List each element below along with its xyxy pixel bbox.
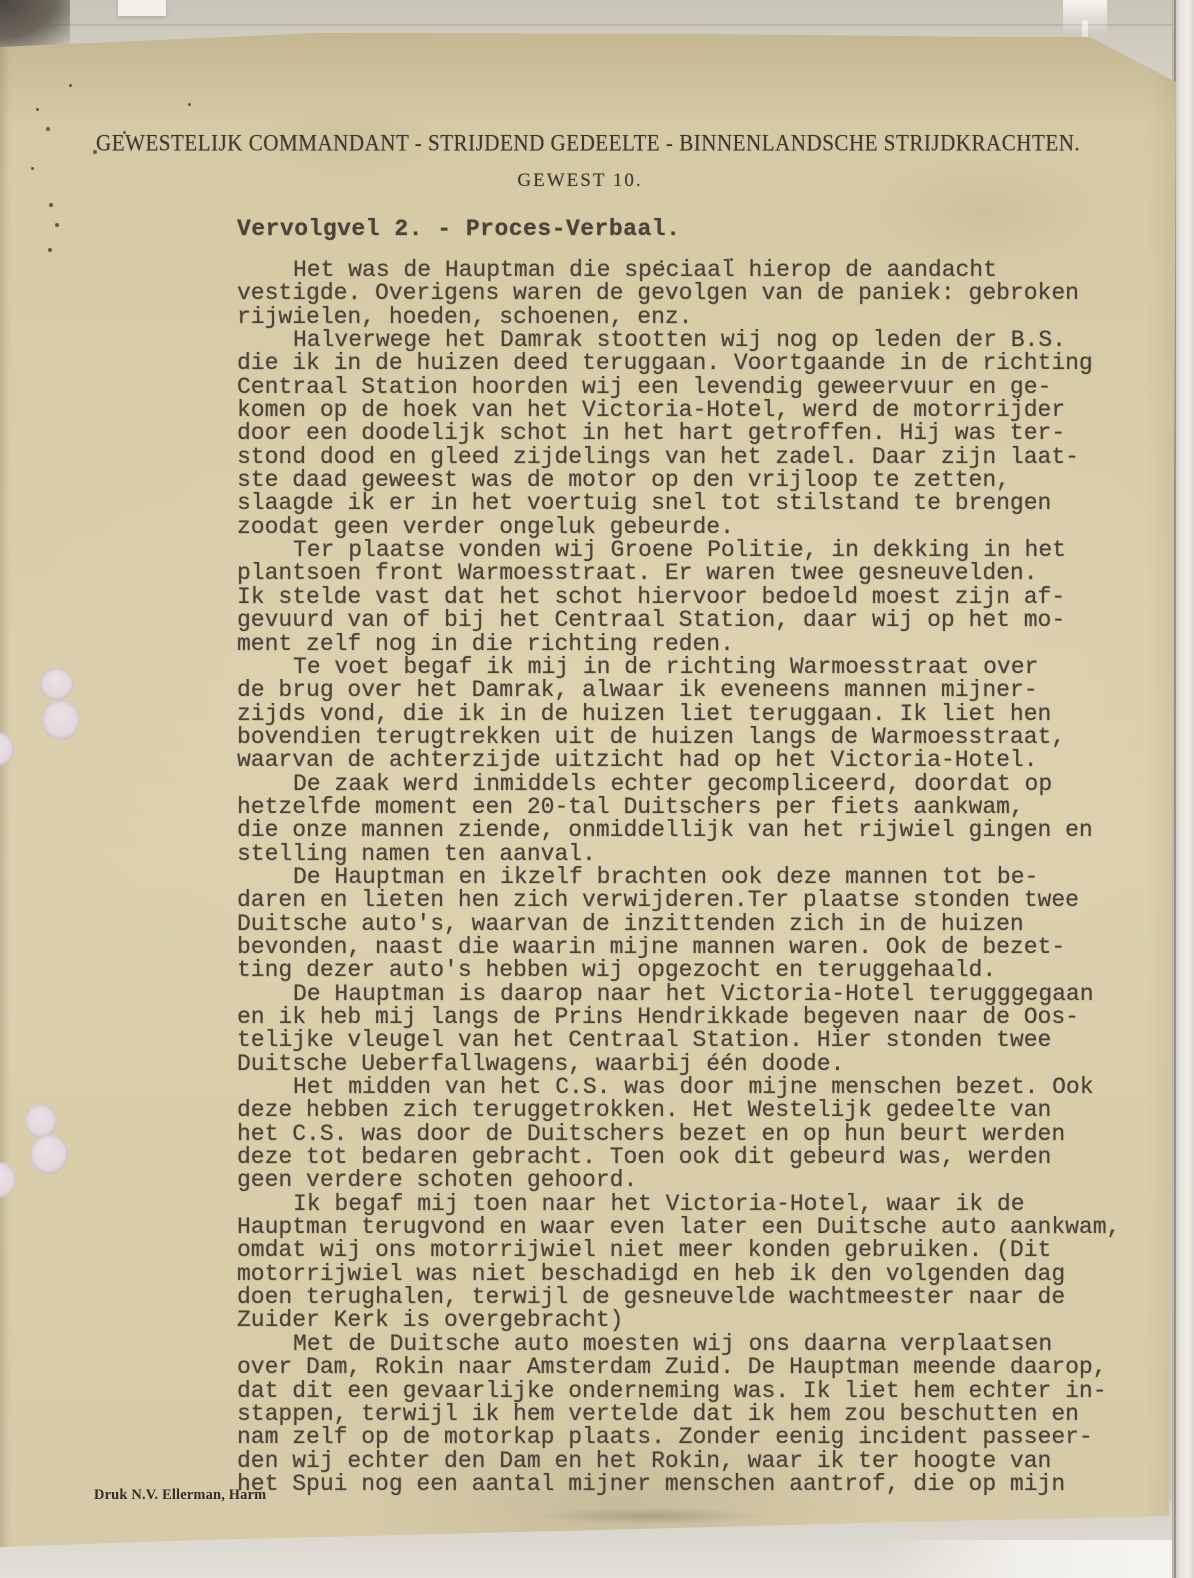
typed-line: doen terughalen, terwijl de gesneuvelde … xyxy=(237,1286,1162,1309)
typed-line: plantsoen front Warmoesstraat. Er waren … xyxy=(237,562,1162,585)
typed-line: over Dam, Rokin naar Amsterdam Zuid. De … xyxy=(237,1356,1162,1379)
letterhead-line2: GEWEST 10. xyxy=(0,170,1160,192)
typed-line: die onze mannen ziende, onmiddellijk van… xyxy=(237,819,1162,842)
typed-line: den wij echter den Dam en het Rokin, waa… xyxy=(237,1450,1162,1473)
paper-speck xyxy=(55,223,59,227)
typed-line: vestigde. Overigens waren de gevolgen va… xyxy=(237,282,1162,305)
typed-line: hetzelfde moment een 20-tal Duitschers p… xyxy=(237,796,1162,819)
paper-speck xyxy=(730,258,733,261)
paper-speck xyxy=(660,260,663,263)
typed-line: De Hauptman en ikzelf brachten ook deze … xyxy=(237,866,1162,889)
typed-line: Halverwege het Damrak stootten wij nog o… xyxy=(237,329,1162,352)
typed-line: De zaak werd inmiddels echter gecomplice… xyxy=(237,773,1162,796)
typed-line: Hauptman terugvond en waar even later ee… xyxy=(237,1216,1162,1239)
typed-line: Centraal Station hoorden wij een levendi… xyxy=(237,376,1162,399)
paper-speck xyxy=(188,103,191,106)
punch-hole xyxy=(25,1104,57,1138)
document-page: GEWESTELIJK COMMANDANT - STRIJDEND GEDEE… xyxy=(0,0,1194,1578)
tape-strip-left xyxy=(118,0,166,16)
paper-speck xyxy=(36,108,39,111)
typed-line: rijwielen, hoeden, schoenen, enz. xyxy=(237,306,1162,329)
typed-line: ment zelf nog in die richting reden. xyxy=(237,633,1162,656)
document-title: Vervolgvel 2. - Proces-Verbaal. xyxy=(237,216,680,242)
typed-line: bevonden, naast die waarin mijne mannen … xyxy=(237,936,1162,959)
typed-line: telijke vleugel van het Centraal Station… xyxy=(237,1029,1162,1052)
punch-hole xyxy=(30,1134,68,1174)
typed-line: Met de Duitsche auto moesten wij ons daa… xyxy=(237,1333,1162,1356)
typed-line: door een doodelijk schot in het hart get… xyxy=(237,422,1162,445)
typed-line: Duitsche Ueberfallwagens, waarbij één do… xyxy=(237,1053,1162,1076)
typed-line: deze hebben zich teruggetrokken. Het Wes… xyxy=(237,1099,1162,1122)
typed-line: de brug over het Damrak, alwaar ik evene… xyxy=(237,679,1162,702)
typed-line: Ter plaatse vonden wij Groene Politie, i… xyxy=(237,539,1162,562)
typed-line: en ik heb mij langs de Prins Hendrikkade… xyxy=(237,1006,1162,1029)
typed-line: De Hauptman is daarop naar het Victoria-… xyxy=(237,983,1162,1006)
scan-corner-shadow xyxy=(0,0,70,48)
typed-line: geen verdere schoten gehoord. xyxy=(237,1169,1162,1192)
paper-speck xyxy=(123,131,126,134)
paper-speck xyxy=(31,167,34,170)
paper-speck xyxy=(48,248,52,252)
typed-line: dat dit een gevaarlijke onderneming was.… xyxy=(237,1380,1162,1403)
punch-hole-partial xyxy=(0,732,14,766)
typed-line: Ik stelde vast dat het schot hiervoor be… xyxy=(237,586,1162,609)
paper-edge-shadow xyxy=(0,40,10,1550)
typed-line: Het midden van het C.S. was door mijne m… xyxy=(237,1076,1162,1099)
punch-hole xyxy=(40,668,74,700)
typed-line: het C.S. was door de Duitschers bezet en… xyxy=(237,1123,1162,1146)
typed-line: Ik begaf mij toen naar het Victoria-Hote… xyxy=(237,1193,1162,1216)
typed-line: Het was de Hauptman die speciaal hierop … xyxy=(237,259,1162,282)
typed-line: zoodat geen verder ongeluk gebeurde. xyxy=(237,516,1162,539)
archival-scan: GEWESTELIJK COMMANDANT - STRIJDEND GEDEE… xyxy=(0,0,1194,1578)
typed-line: zijds vond, die ik in de huizen liet ter… xyxy=(237,703,1162,726)
printer-imprint: Druk N.V. Ellerman, Harm xyxy=(94,1487,266,1504)
typed-line: het Spui nog een aantal mijner menschen … xyxy=(237,1473,1162,1496)
typed-line: Zuider Kerk is overgebracht) xyxy=(237,1309,1162,1332)
scan-backing-shine xyxy=(880,1540,1194,1578)
letterhead-line1: GEWESTELIJK COMMANDANT - STRIJDEND GEDEE… xyxy=(96,130,1049,157)
typed-line: slaagde ik er in het voertuig snel tot s… xyxy=(237,492,1162,515)
paper-speck xyxy=(93,150,97,154)
typed-line: komen op de hoek van het Victoria-Hotel,… xyxy=(237,399,1162,422)
paper-speck xyxy=(69,84,72,87)
typed-line: ste daad geweest was de motor op den vri… xyxy=(237,469,1162,492)
paper-speck xyxy=(49,203,53,207)
typed-line: die ik in de huizen deed teruggaan. Voor… xyxy=(237,352,1162,375)
typed-line: Te voet begaf ik mij in de richting Warm… xyxy=(237,656,1162,679)
typed-line: bovendien terugtrekken uit de huizen lan… xyxy=(237,726,1162,749)
typed-line: omdat wij ons motorrijwiel niet meer kon… xyxy=(237,1239,1162,1262)
typed-line: stelling namen ten aanval. xyxy=(237,843,1162,866)
typed-line: daren en lieten hen zich verwijderen.Ter… xyxy=(237,889,1162,912)
typed-line: motorrijwiel was niet beschadigd en heb … xyxy=(237,1263,1162,1286)
typed-line: deze tot bedaren gebracht. Toen ook dit … xyxy=(237,1146,1162,1169)
typed-line: gevuurd van of bij het Centraal Station,… xyxy=(237,609,1162,632)
typed-line: Duitsche auto's, waarvan de inzittenden … xyxy=(237,913,1162,936)
punch-hole-partial xyxy=(0,1162,16,1198)
typed-line: waarvan de achterzijde uitzicht had op h… xyxy=(237,749,1162,772)
typed-line: stappen, terwijl ik hem vertelde dat ik … xyxy=(237,1403,1162,1426)
scan-backing-right-strip xyxy=(1172,0,1194,1578)
paper-smudge xyxy=(540,1508,760,1524)
typed-line: stond dood en gleed zijdelings van het z… xyxy=(237,446,1162,469)
typed-line: nam zelf op de motorkap plaats. Zonder e… xyxy=(237,1426,1162,1449)
punch-hole xyxy=(42,700,80,740)
typewritten-body: Het was de Hauptman die speciaal hierop … xyxy=(237,259,1162,1496)
typed-line: ting dezer auto's hebben wij opgezocht e… xyxy=(237,959,1162,982)
paper-speck xyxy=(46,127,50,131)
